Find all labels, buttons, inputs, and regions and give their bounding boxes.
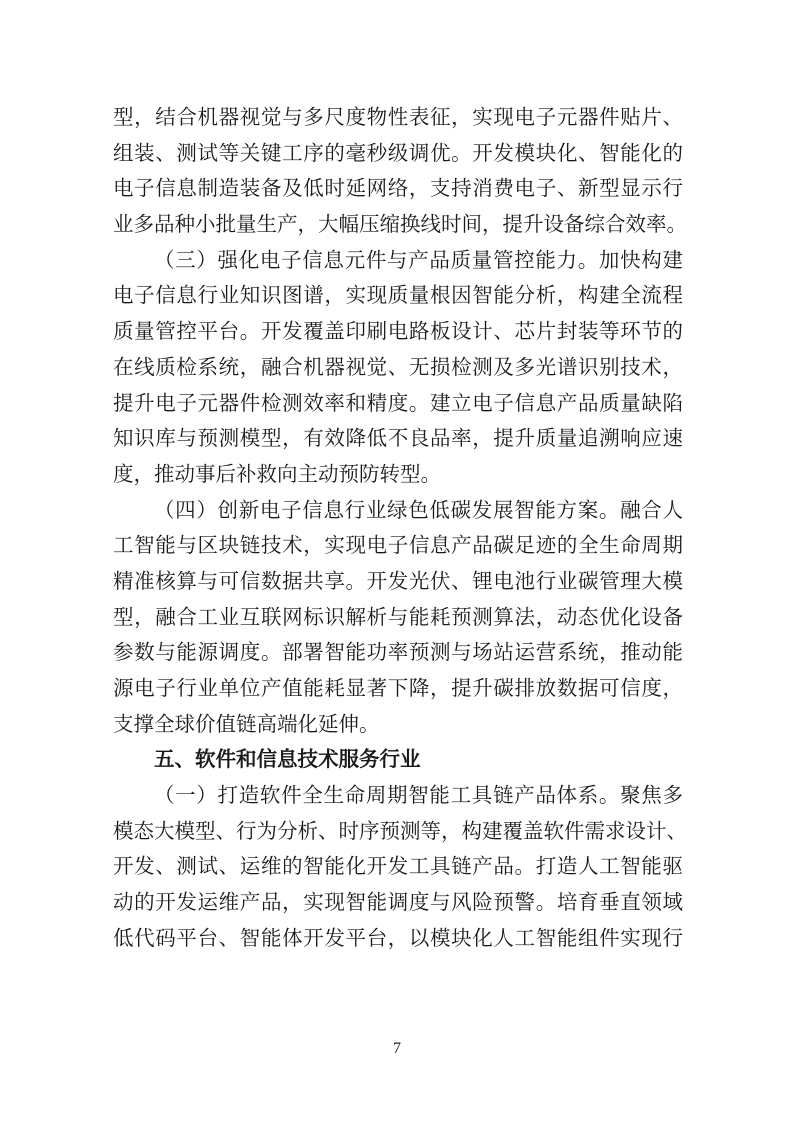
text-line: 型，结合机器视觉与多尺度物性表征，实现电子元器件贴片、	[113, 100, 683, 136]
section-heading: 五、软件和信息技术服务行业	[113, 742, 683, 778]
page-number: 7	[0, 1040, 794, 1058]
text-line: 低代码平台、智能体开发平台，以模块化人工智能组件实现行	[113, 921, 683, 957]
text-line: 动的开发运维产品，实现智能调度与风险预警。培育垂直领域	[113, 885, 683, 921]
text-line: 参数与能源调度。部署智能功率预测与场站运营系统，推动能	[113, 635, 683, 671]
text-line: （一）打造软件全生命周期智能工具链产品体系。聚焦多	[113, 778, 683, 814]
text-line: 精准核算与可信数据共享。开发光伏、锂电池行业碳管理大模	[113, 564, 683, 600]
text-line: 度，推动事后补救向主动预防转型。	[113, 457, 683, 493]
text-line: 支撑全球价值链高端化延伸。	[113, 707, 683, 743]
paragraph-software-toolchain: （一）打造软件全生命周期智能工具链产品体系。聚焦多 模态大模型、行为分析、时序预…	[113, 778, 683, 956]
text-line: 提升电子元器件检测效率和精度。建立电子信息产品质量缺陷	[113, 386, 683, 422]
text-line: 型，融合工业互联网标识解析与能耗预测算法，动态优化设备	[113, 600, 683, 636]
document-page: 型，结合机器视觉与多尺度物性表征，实现电子元器件贴片、 组装、测试等关键工序的毫…	[113, 100, 683, 957]
text-line: 业多品种小批量生产，大幅压缩换线时间，提升设备综合效率。	[113, 207, 683, 243]
text-line: （三）强化电子信息元件与产品质量管控能力。加快构建	[113, 243, 683, 279]
text-line: 组装、测试等关键工序的毫秒级调优。开发模块化、智能化的	[113, 136, 683, 172]
paragraph-green-low-carbon: （四）创新电子信息行业绿色低碳发展智能方案。融合人 工智能与区块链技术，实现电子…	[113, 493, 683, 743]
text-line: 质量管控平台。开发覆盖印刷电路板设计、芯片封装等环节的	[113, 314, 683, 350]
text-line: 工智能与区块链技术，实现电子信息产品碳足迹的全生命周期	[113, 528, 683, 564]
text-line: 源电子行业单位产值能耗显著下降，提升碳排放数据可信度，	[113, 671, 683, 707]
paragraph-continued: 型，结合机器视觉与多尺度物性表征，实现电子元器件贴片、 组装、测试等关键工序的毫…	[113, 100, 683, 243]
text-line: （四）创新电子信息行业绿色低碳发展智能方案。融合人	[113, 493, 683, 529]
paragraph-quality-control: （三）强化电子信息元件与产品质量管控能力。加快构建 电子信息行业知识图谱，实现质…	[113, 243, 683, 493]
text-line: 开发、测试、运维的智能化开发工具链产品。打造人工智能驱	[113, 849, 683, 885]
text-line: 电子信息制造装备及低时延网络，支持消费电子、新型显示行	[113, 171, 683, 207]
text-line: 知识库与预测模型，有效降低不良品率，提升质量追溯响应速	[113, 421, 683, 457]
text-line: 在线质检系统，融合机器视觉、无损检测及多光谱识别技术，	[113, 350, 683, 386]
text-line: 电子信息行业知识图谱，实现质量根因智能分析，构建全流程	[113, 278, 683, 314]
text-line: 模态大模型、行为分析、时序预测等，构建覆盖软件需求设计、	[113, 814, 683, 850]
